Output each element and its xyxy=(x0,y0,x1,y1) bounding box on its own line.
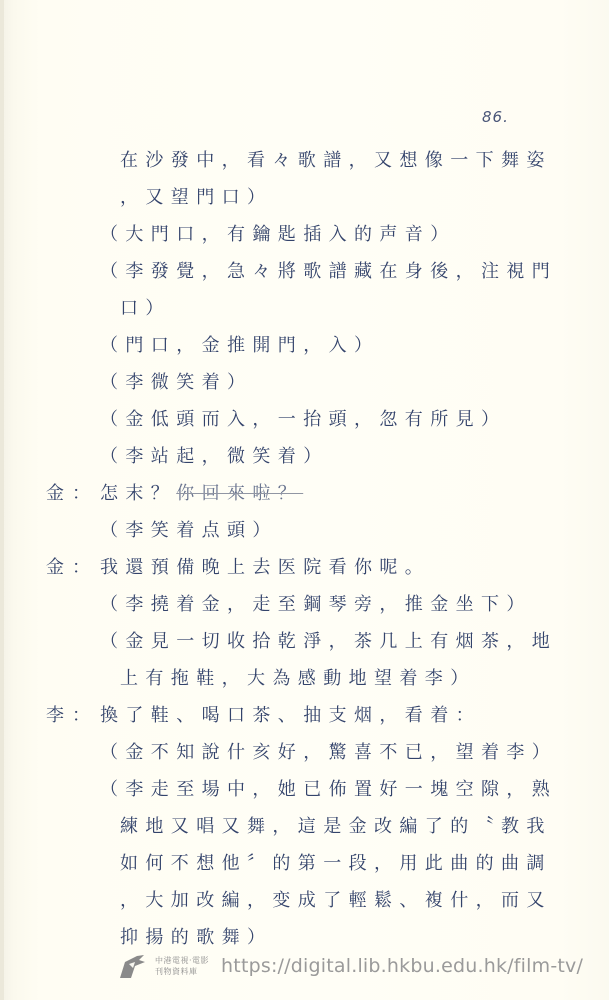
dialogue-text: 換了鞋、喝口茶、抽支烟，看着： xyxy=(100,697,481,734)
script-line: （李站起，微笑着） xyxy=(0,438,609,475)
stage-direction: ，又望門口） xyxy=(120,179,272,216)
speaker-label: 金： xyxy=(46,549,98,586)
dialogue-text: 怎末？你回來啦？ xyxy=(100,475,303,512)
line-text: （李微笑着） xyxy=(100,372,252,393)
stage-direction: （金見一切收拾乾淨，茶几上有烟茶，地 xyxy=(100,623,557,660)
stage-direction: （門口，金推開門，入） xyxy=(100,327,379,364)
line-text: 在沙發中，看々歌譜，又想像一下舞姿 xyxy=(120,150,552,171)
stage-direction: （大門口，有鑰匙插入的声音） xyxy=(100,216,456,253)
script-body: 在沙發中，看々歌譜，又想像一下舞姿，又望門口）（大門口，有鑰匙插入的声音）（李發… xyxy=(0,142,609,956)
line-text: （李走至場中，她已佈置好一塊空隙，熟 xyxy=(100,779,557,800)
archive-name: 中港電視·電影 刊物資料庫 xyxy=(155,955,209,977)
speaker-label: 李： xyxy=(46,697,98,734)
stage-direction: （李發覺，急々將歌譜藏在身後，注視門 xyxy=(100,253,557,290)
line-text: 練地又唱又舞，這是金改編了的〝教我 xyxy=(120,816,552,837)
script-line: 李：換了鞋、喝口茶、抽支烟，看着： xyxy=(0,697,609,734)
line-text: （金低頭而入，一抬頭，忽有所見） xyxy=(100,409,506,430)
line-text: （大門口，有鑰匙插入的声音） xyxy=(100,224,456,245)
stage-direction: （李撓着金，走至鋼琴旁，推金坐下） xyxy=(100,586,532,623)
line-text: （金見一切收拾乾淨，茶几上有烟茶，地 xyxy=(100,631,557,652)
watermark-footer: 中港電視·電影 刊物資料庫 https://digital.lib.hkbu.e… xyxy=(117,948,583,984)
archive-url[interactable]: https://digital.lib.hkbu.edu.hk/film-tv/ xyxy=(221,955,583,977)
script-line: 金：怎末？你回來啦？ xyxy=(0,475,609,512)
archive-name-line1: 中港電視·電影 xyxy=(155,955,209,966)
line-text: ，大加改編，变成了輕鬆、複什，而又 xyxy=(120,890,552,911)
script-line: （門口，金推開門，入） xyxy=(0,327,609,364)
line-text: 換了鞋、喝口茶、抽支烟，看着： xyxy=(100,705,481,726)
page-number: 86. xyxy=(482,108,509,126)
stage-direction: 在沙發中，看々歌譜，又想像一下舞姿 xyxy=(120,142,552,179)
script-line: 口） xyxy=(0,290,609,327)
script-line: ，大加改編，变成了輕鬆、複什，而又 xyxy=(0,882,609,919)
script-line: （金見一切收拾乾淨，茶几上有烟茶，地 xyxy=(0,623,609,660)
stage-direction: ，大加改編，变成了輕鬆、複什，而又 xyxy=(120,882,552,919)
dialogue-text: 我還預備晚上去医院看你呢。 xyxy=(100,549,430,586)
stage-direction: （李站起，微笑着） xyxy=(100,438,329,475)
script-line: 練地又唱又舞，這是金改編了的〝教我 xyxy=(0,808,609,845)
script-line: ，又望門口） xyxy=(0,179,609,216)
line-text: （門口，金推開門，入） xyxy=(100,335,379,356)
struck-out-text: 你回來啦？ xyxy=(176,483,303,504)
line-text: 怎末？ xyxy=(100,483,176,504)
speaker-label: 金： xyxy=(46,475,98,512)
script-line: （金不知說什亥好，驚喜不已，望着李） xyxy=(0,734,609,771)
stage-direction: 口） xyxy=(120,290,171,327)
script-line: 在沙發中，看々歌譜，又想像一下舞姿 xyxy=(0,142,609,179)
line-text: （李站起，微笑着） xyxy=(100,446,329,467)
line-text: （李發覺，急々將歌譜藏在身後，注視門 xyxy=(100,261,557,282)
script-line: （李發覺，急々將歌譜藏在身後，注視門 xyxy=(0,253,609,290)
archive-name-line2: 刊物資料庫 xyxy=(155,966,209,977)
stage-direction: 練地又唱又舞，這是金改編了的〝教我 xyxy=(120,808,552,845)
stage-direction: （李走至場中，她已佈置好一塊空隙，熟 xyxy=(100,771,557,808)
script-line: （大門口，有鑰匙插入的声音） xyxy=(0,216,609,253)
film-archive-logo-icon xyxy=(117,952,147,980)
line-text: ，又望門口） xyxy=(120,187,272,208)
line-text: 如何不想他〞的第一段，用此曲的曲調 xyxy=(120,853,552,874)
stage-direction: （李笑着点頭） xyxy=(100,512,278,549)
line-text: 口） xyxy=(120,298,171,319)
script-line: （李笑着点頭） xyxy=(0,512,609,549)
script-line: （李走至場中，她已佈置好一塊空隙，熟 xyxy=(0,771,609,808)
line-text: （金不知說什亥好，驚喜不已，望着李） xyxy=(100,742,557,763)
line-text: （李撓着金，走至鋼琴旁，推金坐下） xyxy=(100,594,532,615)
line-text: （李笑着点頭） xyxy=(100,520,278,541)
line-text: 我還預備晚上去医院看你呢。 xyxy=(100,557,430,578)
script-line: （李微笑着） xyxy=(0,364,609,401)
stage-direction: （金不知說什亥好，驚喜不已，望着李） xyxy=(100,734,557,771)
script-line: 金：我還預備晚上去医院看你呢。 xyxy=(0,549,609,586)
line-text: 上有拖鞋，大為感動地望着李） xyxy=(120,668,476,689)
stage-direction: （李微笑着） xyxy=(100,364,252,401)
stage-direction: 上有拖鞋，大為感動地望着李） xyxy=(120,660,476,697)
stage-direction: 如何不想他〞的第一段，用此曲的曲調 xyxy=(120,845,552,882)
script-line: （李撓着金，走至鋼琴旁，推金坐下） xyxy=(0,586,609,623)
script-line: （金低頭而入，一抬頭，忽有所見） xyxy=(0,401,609,438)
line-text: 抑揚的歌舞） xyxy=(120,927,272,948)
script-line: 上有拖鞋，大為感動地望着李） xyxy=(0,660,609,697)
script-line: 如何不想他〞的第一段，用此曲的曲調 xyxy=(0,845,609,882)
stage-direction: （金低頭而入，一抬頭，忽有所見） xyxy=(100,401,506,438)
